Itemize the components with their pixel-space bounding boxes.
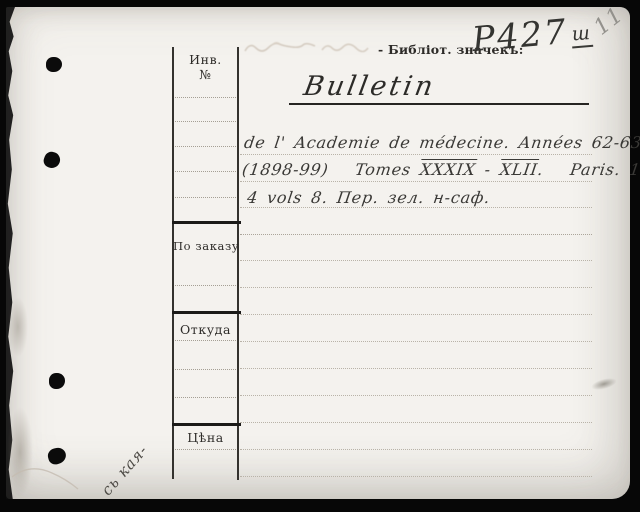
- card-page: Инв. № По заказу Откуда Цѣна - Библіот. …: [6, 7, 630, 499]
- column-ruling: [175, 146, 236, 147]
- paper-mark: [590, 376, 618, 392]
- shelf-mark: Р427ш: [470, 10, 593, 60]
- ruled-line: [240, 260, 592, 261]
- entry-line-2-suffix: . Paris. 1898-99.: [536, 160, 640, 179]
- entry-line-1: de l' Academie de médecine. Années 62-63…: [243, 133, 640, 152]
- entry-line-2: (1898-99) Tomes XXXIX - XLII. Paris. 189…: [241, 160, 640, 179]
- table-vertical-line: [172, 47, 174, 479]
- column-ruling: [175, 369, 236, 370]
- label-price: Цѣна: [173, 430, 238, 445]
- column-ruling: [175, 285, 236, 286]
- page-number: 11: [589, 2, 628, 40]
- shelf-mark-suffix: ш: [570, 22, 593, 49]
- ruled-line: [240, 476, 592, 477]
- tome-dash: -: [475, 160, 502, 179]
- ruled-line: [240, 234, 592, 235]
- edge-smudge: [7, 407, 33, 497]
- punch-hole: [46, 446, 68, 466]
- margin-note: сь кая-: [98, 441, 152, 499]
- section-divider: [172, 311, 241, 314]
- ruled-line: [240, 368, 592, 369]
- punch-hole: [49, 373, 65, 389]
- erased-pencil-note: [242, 37, 378, 59]
- ruled-line: [240, 181, 592, 182]
- torn-scan-edge: [6, 7, 15, 499]
- punch-hole: [46, 57, 62, 72]
- tome-to: XLII: [499, 160, 540, 179]
- column-ruling: [175, 397, 236, 398]
- column-ruling: [175, 449, 236, 450]
- ruled-line: [240, 154, 592, 155]
- table-vertical-line: [237, 47, 239, 480]
- ruled-line: [240, 341, 592, 342]
- scanned-library-card: { "header": { "mark_label": "- Библіот. …: [0, 0, 640, 512]
- column-ruling: [175, 97, 236, 98]
- paper-crease: [10, 455, 80, 495]
- title-underline: [289, 103, 589, 105]
- entry-title: Bulletin: [301, 71, 438, 102]
- shelf-mark-number: Р427: [470, 12, 569, 60]
- ruled-line: [240, 207, 592, 208]
- entry-line-2-prefix: (1898-99) Tomes: [241, 160, 421, 179]
- tome-from: XXXIX: [419, 160, 478, 179]
- label-origin: Откуда: [173, 322, 238, 337]
- section-divider: [172, 423, 241, 426]
- ruled-line: [240, 449, 592, 450]
- ruled-line: [240, 314, 592, 315]
- column-ruling: [175, 340, 236, 341]
- entry-line-3: 4 vols 8. Пер. зел. н-саф.: [246, 188, 492, 207]
- ruled-line: [240, 287, 592, 288]
- section-divider: [172, 221, 241, 224]
- label-inventory: Инв.: [173, 52, 238, 67]
- column-ruling: [175, 197, 236, 198]
- column-ruling: [175, 171, 236, 172]
- column-ruling: [175, 121, 236, 122]
- punch-hole: [42, 150, 63, 171]
- label-by-order: По заказу: [173, 239, 238, 253]
- ruled-line: [240, 395, 592, 396]
- ruled-line: [240, 422, 592, 423]
- label-inventory-no: №: [173, 67, 238, 82]
